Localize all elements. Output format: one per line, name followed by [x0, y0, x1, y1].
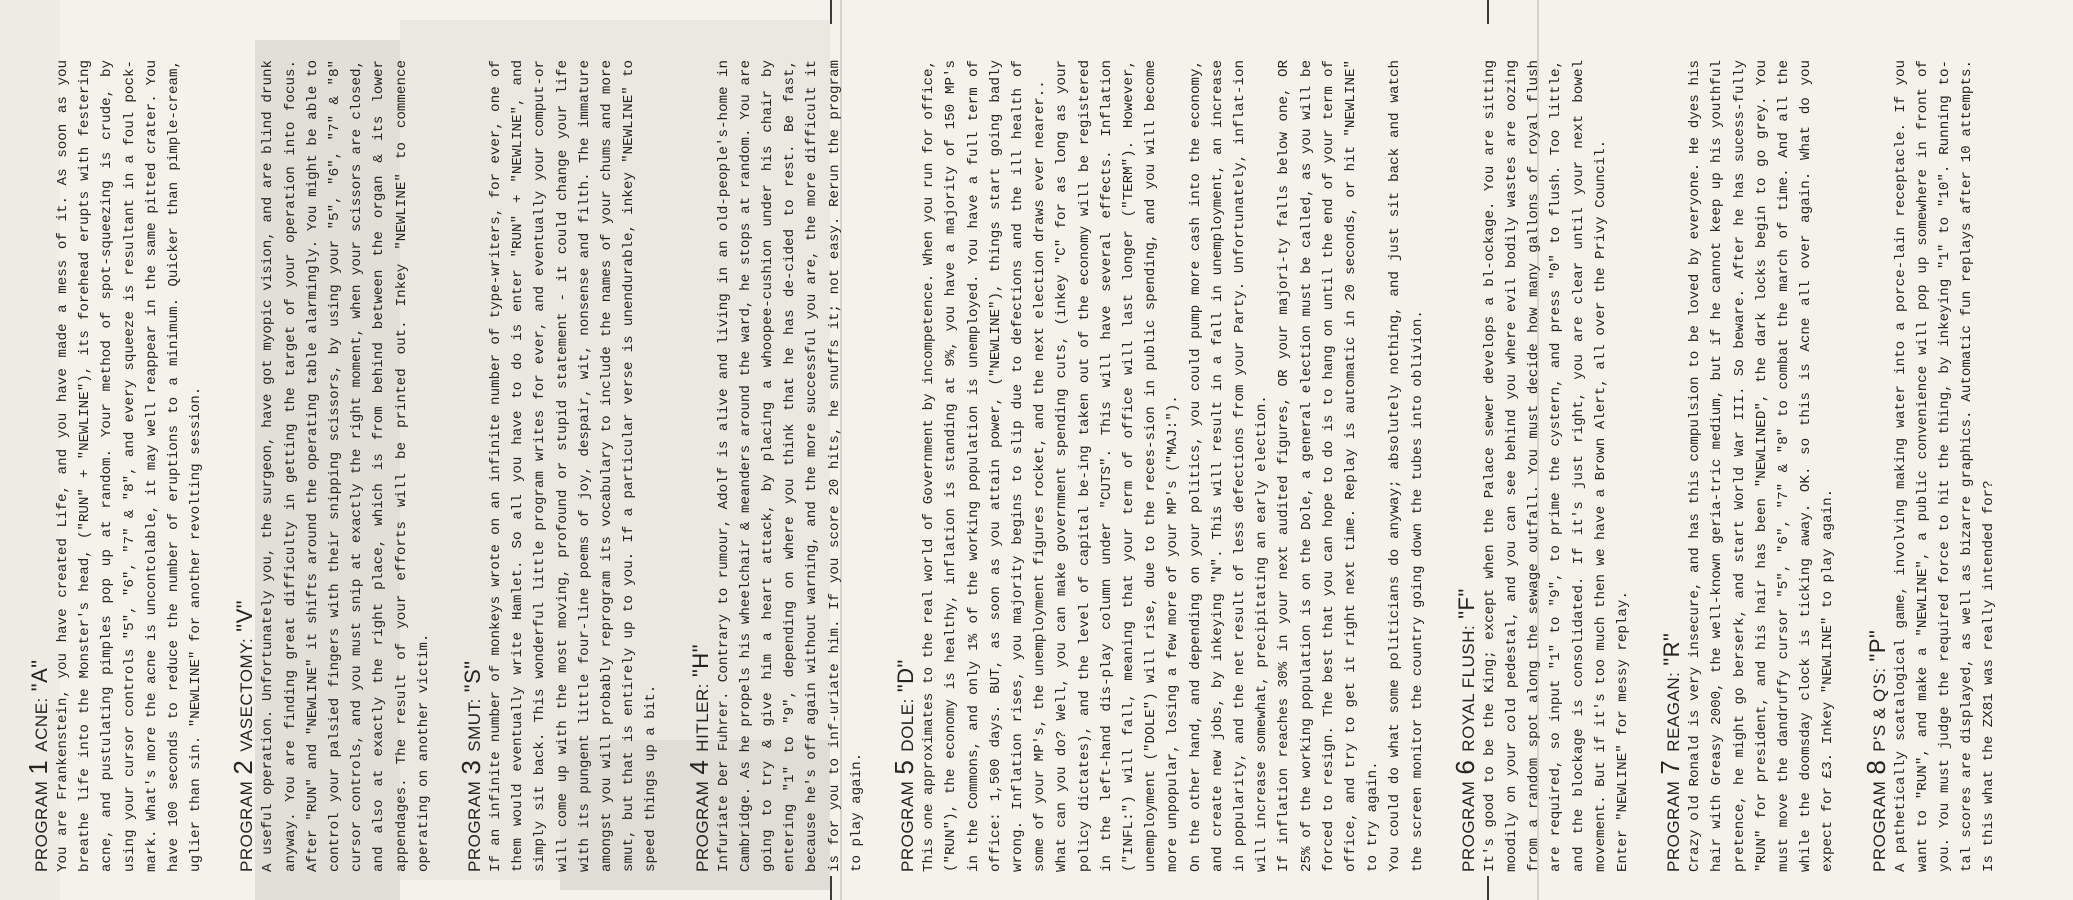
program-description: Crazy old Ronald is very insecure, and h… — [1684, 60, 1839, 872]
program-key: "V" — [232, 600, 257, 632]
program-title: ACNE: — [32, 697, 51, 751]
program-description: You are Frankenstein, you have created L… — [52, 60, 207, 872]
program-label: PROGRAM — [237, 781, 256, 872]
program-key: "F" — [1454, 588, 1479, 619]
program-heading: PROGRAM3SMUT:"S" — [461, 60, 485, 872]
program-4: PROGRAM4HITLER:"H" Infuriate Der Fuhrer.… — [689, 60, 868, 872]
program-heading: PROGRAM2VASECTOMY:"V" — [233, 60, 257, 872]
program-label: PROGRAM — [1459, 781, 1478, 872]
program-number: 8 — [1861, 760, 1891, 775]
instructions-page: PROGRAM1ACNE:"A" You are Frankenstein, y… — [10, 30, 2063, 890]
program-description: Infuriate Der Fuhrer. Contrary to rumour… — [713, 60, 868, 872]
program-number: 3 — [456, 760, 486, 775]
program-1: PROGRAM1ACNE:"A" You are Frankenstein, y… — [28, 60, 207, 872]
program-heading: PROGRAM5DOLE:"D" — [894, 60, 918, 872]
program-3: PROGRAM3SMUT:"S" If an infinite number o… — [461, 60, 663, 872]
program-key: "P" — [1865, 630, 1890, 662]
program-heading: PROGRAM6ROYAL FLUSH:"F" — [1455, 60, 1479, 872]
program-title: REAGAN: — [1664, 672, 1683, 752]
program-key: "R" — [1659, 633, 1684, 666]
program-heading: PROGRAM8P'S & Q'S:"P" — [1866, 60, 1890, 872]
program-label: PROGRAM — [693, 781, 712, 872]
program-title: ROYAL FLUSH: — [1459, 625, 1478, 752]
program-number: 5 — [889, 760, 919, 775]
program-label: PROGRAM — [1870, 781, 1889, 872]
program-key: "A" — [27, 659, 52, 691]
program-title: SMUT: — [465, 698, 484, 752]
program-key: "S" — [460, 660, 485, 692]
program-key: "H" — [688, 644, 713, 677]
program-number: 7 — [1655, 760, 1685, 775]
program-description: If an infinite number of monkeys wrote o… — [485, 60, 663, 872]
program-key: "D" — [893, 659, 918, 692]
program-title: VASECTOMY: — [237, 638, 256, 752]
program-heading: PROGRAM1ACNE:"A" — [28, 60, 52, 872]
program-7: PROGRAM7REAGAN:"R" Crazy old Ronald is v… — [1660, 60, 1839, 872]
program-2: PROGRAM2VASECTOMY:"V" A useful operation… — [233, 60, 435, 872]
program-number: 2 — [228, 760, 258, 775]
program-heading: PROGRAM4HITLER:"H" — [689, 60, 713, 872]
program-description: A useful operation. Unfortunately you, t… — [257, 60, 435, 872]
program-5: PROGRAM5DOLE:"D" This one approximates t… — [894, 60, 1429, 872]
crop-mark — [1487, 0, 1489, 24]
program-title: P'S & Q'S: — [1870, 667, 1889, 751]
program-description: This one approximates to the real world … — [918, 60, 1429, 872]
program-title: HITLER: — [693, 683, 712, 752]
program-number: 6 — [1450, 760, 1480, 775]
program-heading: PROGRAM7REAGAN:"R" — [1660, 60, 1684, 872]
program-number: 1 — [23, 760, 53, 775]
program-number: 4 — [684, 760, 714, 775]
program-description: A pathetically scatalogical game, involv… — [1890, 60, 2001, 872]
crop-mark — [830, 0, 832, 24]
program-label: PROGRAM — [32, 781, 51, 872]
program-label: PROGRAM — [1664, 781, 1683, 872]
program-title: DOLE: — [898, 698, 917, 752]
program-label: PROGRAM — [465, 781, 484, 872]
program-8: PROGRAM8P'S & Q'S:"P" A pathetically sca… — [1866, 60, 2001, 872]
program-6: PROGRAM6ROYAL FLUSH:"F" It's good to be … — [1455, 60, 1634, 872]
program-label: PROGRAM — [898, 781, 917, 872]
program-description: It's good to be the King; except when th… — [1479, 60, 1634, 872]
